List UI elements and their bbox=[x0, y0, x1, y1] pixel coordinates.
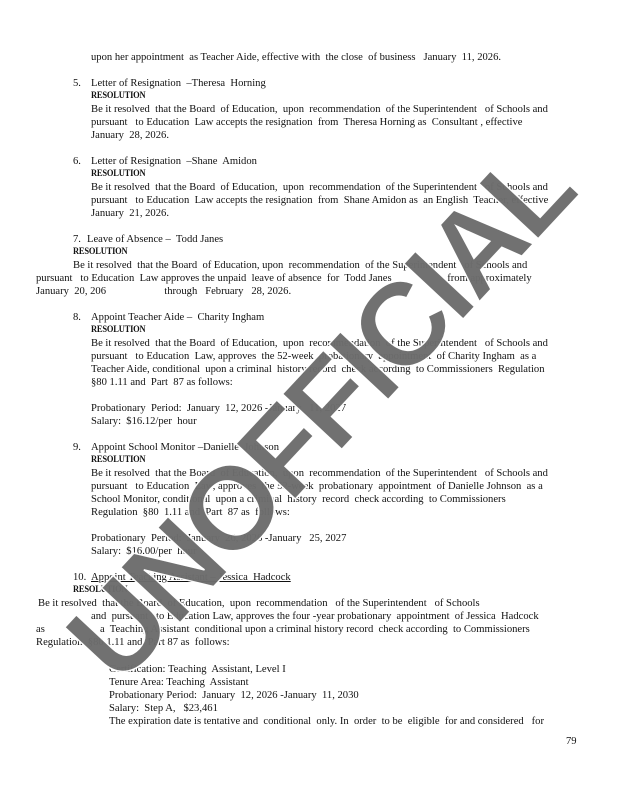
resolution-text: Be it resolved that the Board of Educati… bbox=[91, 337, 548, 350]
resolution-text: Be it resolved that the Board of Educati… bbox=[91, 467, 548, 480]
resolution-text: as bbox=[36, 623, 45, 636]
item-title: Appoint Teaching Assistant – Jessica Had… bbox=[91, 571, 291, 584]
resolution-text: Be it resolved that the Board of Educati… bbox=[91, 181, 548, 194]
detail-line: The expiration date is tentative and con… bbox=[109, 715, 544, 728]
resolution-text: pursuant to Education Law approves the u… bbox=[36, 272, 532, 285]
detail-line: Salary: $16.12/per hour bbox=[91, 415, 197, 428]
resolution-text: School Monitor, conditional upon a crimi… bbox=[91, 493, 506, 506]
resolution-label: RESOLUTION bbox=[91, 90, 145, 103]
resolution-text: pursuant to Education Law, approves the … bbox=[91, 480, 543, 493]
resolution-label: RESOLUTION bbox=[73, 246, 127, 259]
item-title: Letter of Resignation –Shane Amidon bbox=[91, 155, 257, 168]
item-number: 8. bbox=[73, 311, 81, 324]
item-number: 5. bbox=[73, 77, 81, 90]
item-title: Letter of Resignation –Theresa Horning bbox=[91, 77, 266, 90]
resolution-text: Be it resolved that the Board of Educati… bbox=[91, 103, 548, 116]
item-title: Appoint School Monitor –Danielle Johnson bbox=[91, 441, 279, 454]
resolution-text: pursuant to Education Law accepts the re… bbox=[91, 194, 548, 207]
resolution-text: pursuant to Education Law, approves the … bbox=[91, 350, 536, 363]
document-page: upon her appointment as Teacher Aide, ef… bbox=[0, 0, 618, 800]
resolution-text: January 28, 2026. bbox=[91, 129, 169, 142]
item-number: 6. bbox=[73, 155, 81, 168]
detail-line: Salary: $16.00/per hour bbox=[91, 545, 197, 558]
detail-line: Tenure Area: Teaching Assistant bbox=[109, 676, 249, 689]
detail-line: Probationary Period: January 12, 2026 -J… bbox=[109, 689, 359, 702]
detail-line: Probationary Period: January 26, 2026 -J… bbox=[91, 532, 346, 545]
resolution-text: and pursuant to Education Law, approves … bbox=[91, 610, 539, 623]
resolution-text: a Teaching Assistant conditional upon a … bbox=[100, 623, 530, 636]
resolution-label: RESOLUTION bbox=[91, 454, 145, 467]
item-number: 9. bbox=[73, 441, 81, 454]
continued-text: upon her appointment as Teacher Aide, ef… bbox=[91, 51, 501, 64]
detail-line: Salary: Step A, $23,461 bbox=[109, 702, 218, 715]
resolution-text: Regulation §80 1.11 and Part 87 as follo… bbox=[91, 506, 290, 519]
resolution-label: RESOLUTION bbox=[91, 168, 145, 181]
resolution-text: pursuant to Education Law accepts the re… bbox=[91, 116, 522, 129]
detail-line: Certification: Teaching Assistant, Level… bbox=[109, 663, 286, 676]
resolution-label: RESOLUTION bbox=[73, 584, 127, 597]
resolution-text: Be it resolved that the Board of Educati… bbox=[38, 597, 480, 610]
resolution-label: RESOLUTION bbox=[91, 324, 145, 337]
item-title: Appoint Teacher Aide – Charity Ingham bbox=[91, 311, 264, 324]
detail-line: Probationary Period: January 12, 2026 -J… bbox=[91, 402, 346, 415]
resolution-text: Teacher Aide, conditional upon a crimina… bbox=[91, 363, 545, 376]
item-number: 7. bbox=[73, 233, 81, 246]
resolution-text: January 20, 206 through February 28, 202… bbox=[36, 285, 291, 298]
resolution-text: §80 1.11 and Part 87 as follows: bbox=[91, 376, 233, 389]
page-number: 79 bbox=[566, 736, 577, 747]
item-title: Leave of Absence – Todd Janes bbox=[87, 233, 223, 246]
item-number: 10. bbox=[73, 571, 86, 584]
resolution-text: Regulation §80 1.11 and Part 87 as follo… bbox=[36, 636, 230, 649]
resolution-text: Be it resolved that the Board of Educati… bbox=[73, 259, 527, 272]
resolution-text: January 21, 2026. bbox=[91, 207, 169, 220]
